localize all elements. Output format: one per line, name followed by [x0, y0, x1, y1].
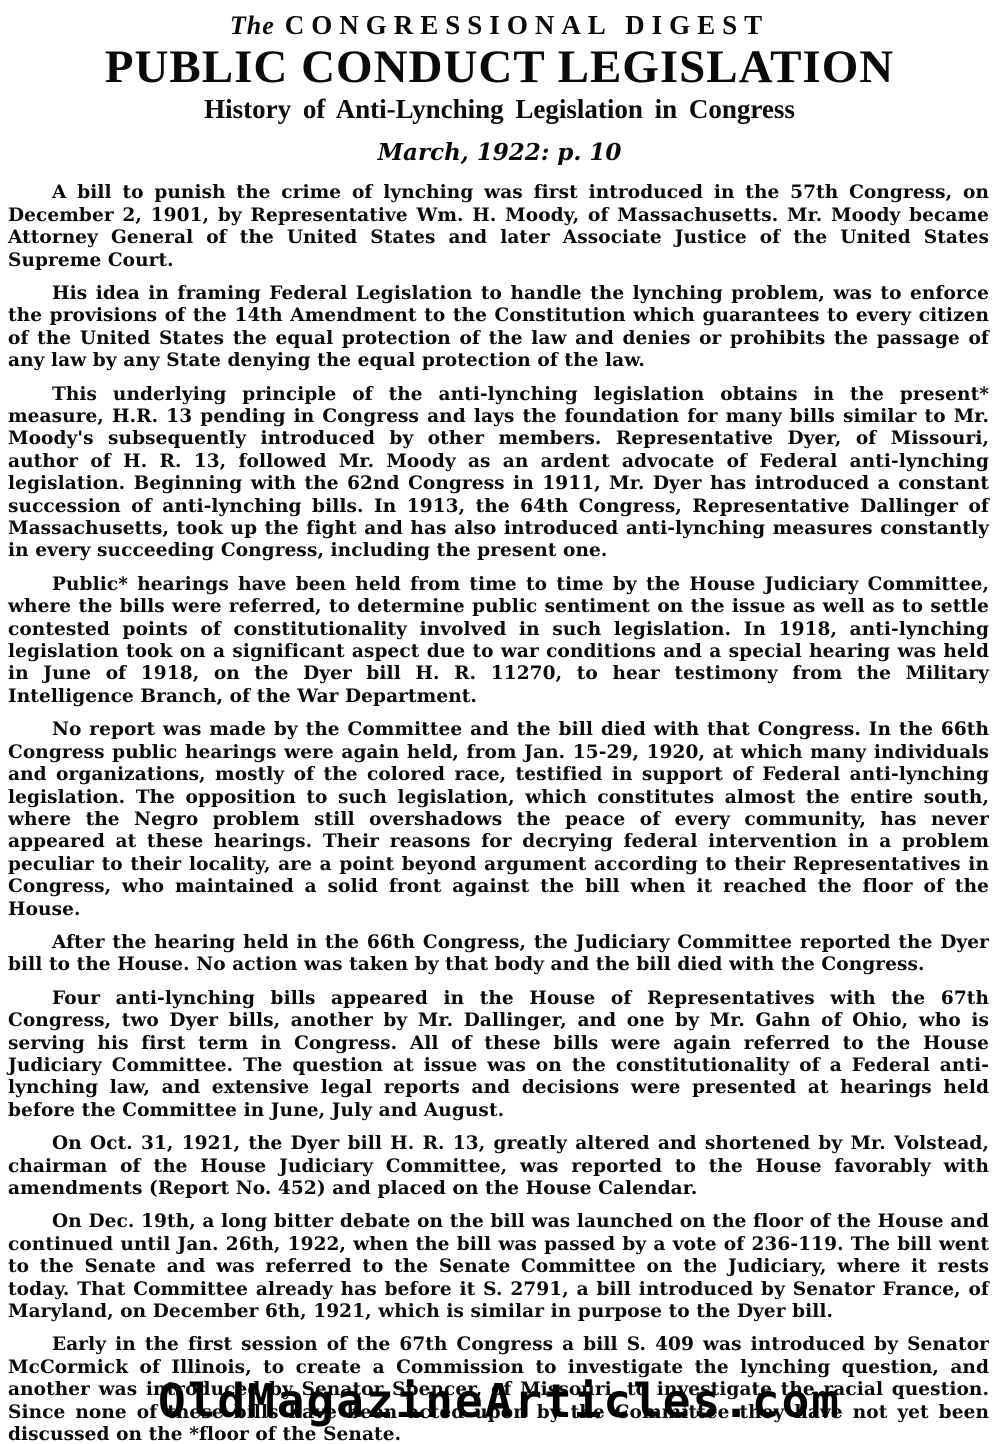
- article-paragraph: A bill to punish the crime of lynching w…: [8, 182, 989, 272]
- page-title: PUBLIC CONDUCT LEGISLATION: [0, 43, 999, 92]
- article-paragraph: No report was made by the Committee and …: [8, 719, 989, 921]
- publication-name: TheCONGRESSIONAL DIGEST: [0, 10, 999, 41]
- watermark-site-name: OldMagazineArticles.com: [0, 1374, 999, 1428]
- article-paragraph: On Oct. 31, 1921, the Dyer bill H. R. 13…: [8, 1133, 989, 1200]
- article-paragraph: Public* hearings have been held from tim…: [8, 574, 989, 708]
- article-body: A bill to punish the crime of lynching w…: [0, 182, 999, 1444]
- publication-name-main: CONGRESSIONAL DIGEST: [285, 10, 769, 40]
- publication-name-the: The: [230, 11, 275, 40]
- article-paragraph: After the hearing held in the 66th Congr…: [8, 932, 989, 977]
- article-paragraph: Four anti-lynching bills appeared in the…: [8, 988, 989, 1122]
- article-paragraph: On Dec. 19th, a long bitter debate on th…: [8, 1211, 989, 1323]
- article-paragraph: This underlying principle of the anti-ly…: [8, 384, 989, 563]
- article-page: TheCONGRESSIONAL DIGEST PUBLIC CONDUCT L…: [0, 0, 999, 1444]
- issue-date-line: March, 1922: p. 10: [0, 139, 999, 166]
- article-paragraph: His idea in framing Federal Legislation …: [8, 283, 989, 373]
- masthead: TheCONGRESSIONAL DIGEST PUBLIC CONDUCT L…: [0, 0, 999, 166]
- article-subtitle: History of Anti-Lynching Legislation in …: [0, 94, 999, 125]
